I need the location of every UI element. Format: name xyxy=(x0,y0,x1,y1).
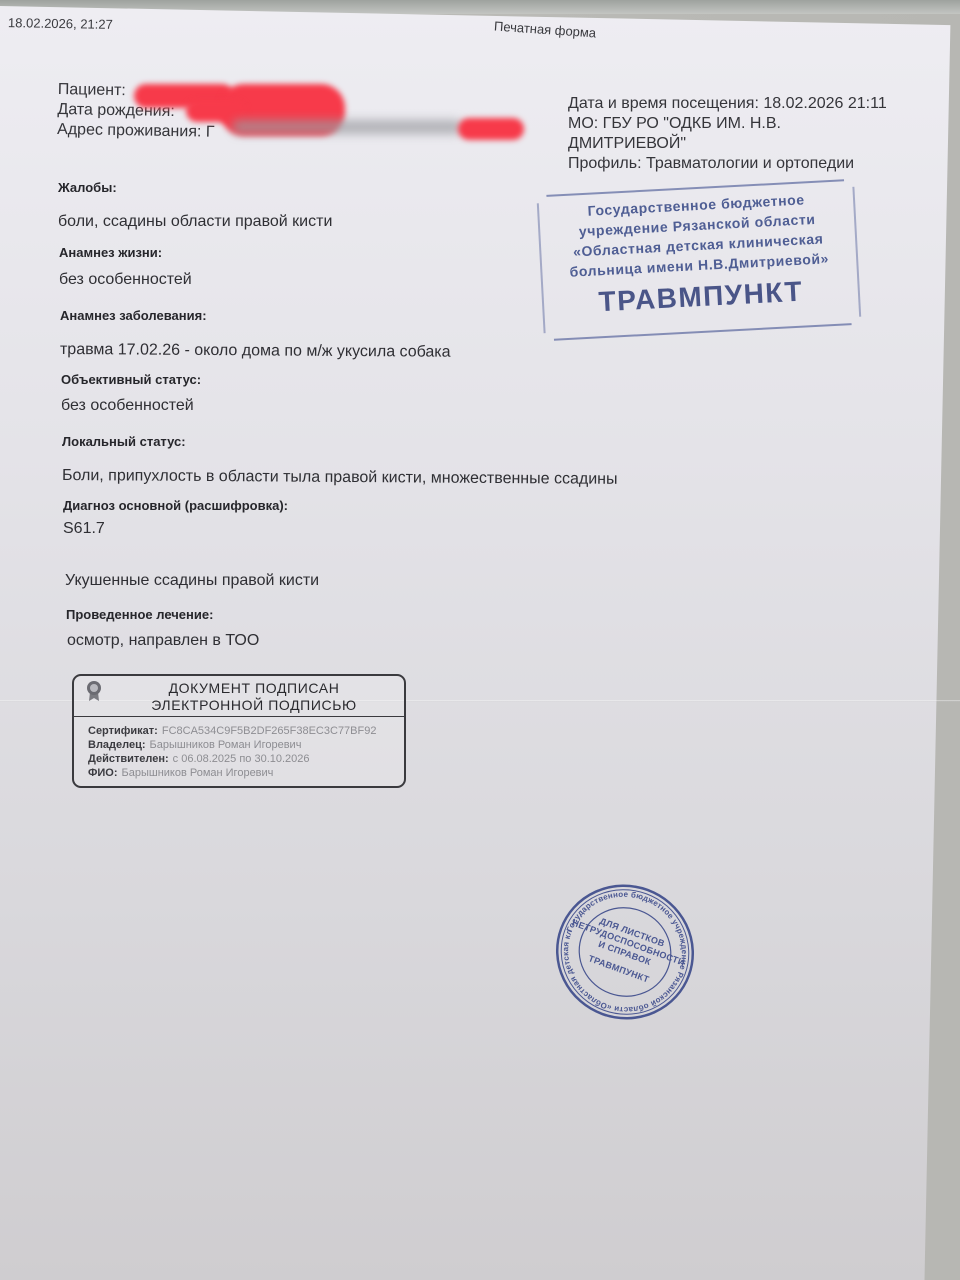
section-value-life-anamnesis: без особенностей xyxy=(59,271,192,289)
valid-value: с 06.08.2025 по 30.10.2026 xyxy=(173,753,310,765)
fio-label: ФИО: xyxy=(88,767,118,779)
section-label-disease-anamnesis: Анамнез заболевания: xyxy=(60,308,207,323)
patient-address-label: Адрес проживания: xyxy=(57,121,202,141)
signature-certificate-row: Сертификат:FC8CA534C9F5B2DF265F38EC3C77B… xyxy=(88,724,376,738)
certificate-medal-icon xyxy=(86,680,102,702)
section-label-diagnosis: Диагноз основной (расшифровка): xyxy=(63,498,288,513)
section-label-objective-status: Объективный статус: xyxy=(61,372,201,387)
section-label-local-status: Локальный статус: xyxy=(62,434,186,449)
signature-header: ДОКУМЕНТ ПОДПИСАН ЭЛЕКТРОННОЙ ПОДПИСЬЮ xyxy=(74,676,404,717)
section-value-disease-anamnesis: травма 17.02.26 - около дома по м/ж укус… xyxy=(60,341,451,362)
signature-title: ДОКУМЕНТ ПОДПИСАН ЭЛЕКТРОННОЙ ПОДПИСЬЮ xyxy=(104,680,404,714)
section-label-life-anamnesis: Анамнез жизни: xyxy=(59,245,162,260)
signature-owner-row: Владелец:Барышников Роман Игоревич xyxy=(88,738,376,752)
signature-valid-row: Действителен:с 06.08.2025 по 30.10.2026 xyxy=(88,752,376,766)
patient-address-row: Адрес проживания: Г xyxy=(57,120,215,143)
section-value-diagnosis-code: S61.7 xyxy=(63,520,105,538)
certificate-label: Сертификат: xyxy=(88,725,158,737)
section-label-treatment: Проведенное лечение: xyxy=(66,607,213,622)
signature-title-line1: ДОКУМЕНТ ПОДПИСАН xyxy=(104,680,404,697)
section-value-diagnosis-text: Укушенные ссадины правой кисти xyxy=(65,572,319,590)
visit-profile: Профиль: Травматологии и ортопедии xyxy=(568,154,887,174)
certificate-value: FC8CA534C9F5B2DF265F38EC3C77BF92 xyxy=(162,725,377,737)
section-value-treatment: осмотр, направлен в ТОО xyxy=(67,632,259,650)
patient-address-prefix: Г xyxy=(206,124,215,141)
fio-value: Барышников Роман Игоревич xyxy=(122,767,274,779)
electronic-signature-box: ДОКУМЕНТ ПОДПИСАН ЭЛЕКТРОННОЙ ПОДПИСЬЮ С… xyxy=(72,674,406,788)
signature-fio-row: ФИО:Барышников Роман Игоревич xyxy=(88,766,376,780)
redaction-birthdate-2 xyxy=(186,100,246,122)
trauma-point-stamp: Государственное бюджетное учреждение Ряз… xyxy=(536,177,861,343)
visit-mo-line2: ДМИТРИЕВОЙ" xyxy=(568,134,887,154)
signature-details: Сертификат:FC8CA534C9F5B2DF265F38EC3C77B… xyxy=(88,724,376,780)
signature-title-line2: ЭЛЕКТРОННОЙ ПОДПИСЬЮ xyxy=(104,697,404,714)
visit-mo-line1: МО: ГБУ РО "ОДКБ ИМ. Н.В. xyxy=(568,114,887,134)
section-label-complaints: Жалобы: xyxy=(58,180,117,195)
redaction-address-blur xyxy=(232,120,462,134)
visit-info-block: Дата и время посещения: 18.02.2026 21:11… xyxy=(568,94,887,174)
section-value-complaints: боли, ссадины области правой кисти xyxy=(58,213,332,231)
section-value-objective-status: без особенностей xyxy=(61,397,194,415)
stamp-institution-text: Государственное бюджетное учреждение Ряз… xyxy=(537,187,859,284)
patient-name-label: Пациент: xyxy=(58,81,126,99)
redaction-address xyxy=(458,118,524,140)
print-timestamp: 18.02.2026, 21:27 xyxy=(8,15,113,32)
owner-value: Барышников Роман Игоревич xyxy=(150,739,302,751)
visit-datetime: Дата и время посещения: 18.02.2026 21:11 xyxy=(568,94,887,114)
valid-label: Действителен: xyxy=(88,753,169,765)
owner-label: Владелец: xyxy=(88,739,146,751)
